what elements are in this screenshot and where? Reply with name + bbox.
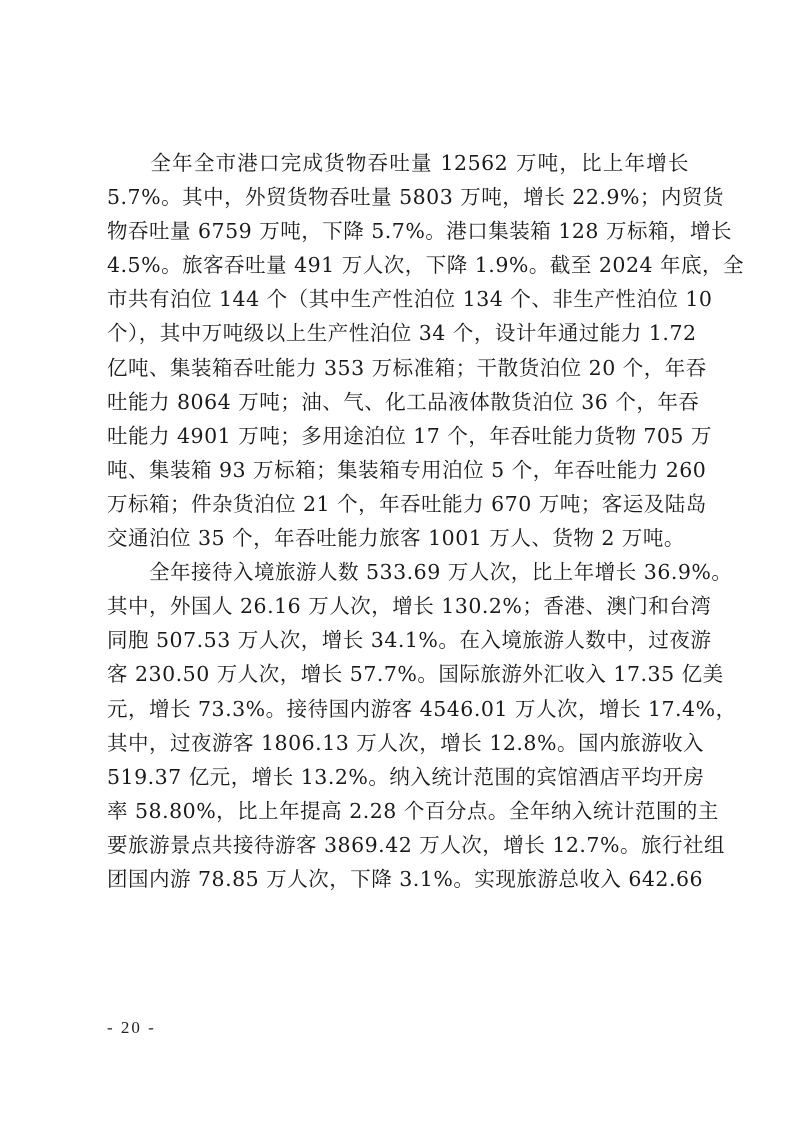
text-line: 5.7%。其中，外贸货物吞吐量 5803 万吨，增长 22.9%；内贸货 [107,180,689,214]
text-line: 4.5%。旅客吞吐量 491 万人次，下降 1.9%。截至 2024 年底，全 [107,248,689,282]
text-line: 其中，过夜游客 1806.13 万人次，增长 12.8%。国内旅游收入 [107,726,689,760]
text-line: 其中，外国人 26.16 万人次，增长 130.2%；香港、澳门和台湾 [107,589,689,623]
text-line: 团国内游 78.85 万人次，下降 3.1%。实现旅游总收入 642.66 [107,862,689,896]
text-line: 率 58.80%，比上年提高 2.28 个百分点。全年纳入统计范围的主 [107,794,689,828]
document-body: 全年全市港口完成货物吞吐量 12562 万吨，比上年增长 5.7%。其中，外贸货… [107,146,689,896]
page-number: - 20 - [107,1018,156,1038]
text-line: 吐能力 4901 万吨；多用途泊位 17 个，年吞吐能力货物 705 万 [107,419,689,453]
text-line: 要旅游景点共接待游客 3869.42 万人次，增长 12.7%。旅行社组 [107,828,689,862]
text-line: 万标箱；件杂货泊位 21 个，年吞吐能力 670 万吨；客运及陆岛 [107,487,689,521]
text-line: 个），其中万吨级以上生产性泊位 34 个，设计年通过能力 1.72 [107,316,689,350]
text-line: 交通泊位 35 个，年吞吐能力旅客 1001 万人、货物 2 万吨。 [107,521,689,555]
text-line: 全年全市港口完成货物吞吐量 12562 万吨，比上年增长 [107,146,689,180]
text-line: 客 230.50 万人次，增长 57.7%。国际旅游外汇收入 17.35 亿美 [107,657,689,691]
text-line: 物吞吐量 6759 万吨，下降 5.7%。港口集装箱 128 万标箱，增长 [107,214,689,248]
port-throughput-paragraph: 全年全市港口完成货物吞吐量 12562 万吨，比上年增长 5.7%。其中，外贸货… [107,146,689,555]
tourism-paragraph: 全年接待入境旅游人数 533.69 万人次，比上年增长 36.9%。 其中，外国… [107,555,689,896]
text-line: 亿吨、集装箱吞吐能力 353 万标准箱；干散货泊位 20 个，年吞 [107,351,689,385]
text-line: 同胞 507.53 万人次，增长 34.1%。在入境旅游人数中，过夜游 [107,623,689,657]
text-line: 全年接待入境旅游人数 533.69 万人次，比上年增长 36.9%。 [107,555,689,589]
text-line: 519.37 亿元，增长 13.2%。纳入统计范围的宾馆酒店平均开房 [107,760,689,794]
text-line: 市共有泊位 144 个（其中生产性泊位 134 个、非生产性泊位 10 [107,282,689,316]
text-line: 吨、集装箱 93 万标箱；集装箱专用泊位 5 个，年吞吐能力 260 [107,453,689,487]
text-line: 吐能力 8064 万吨；油、气、化工品液体散货泊位 36 个，年吞 [107,385,689,419]
text-line: 元，增长 73.3%。接待国内游客 4546.01 万人次，增长 17.4%， [107,692,689,726]
